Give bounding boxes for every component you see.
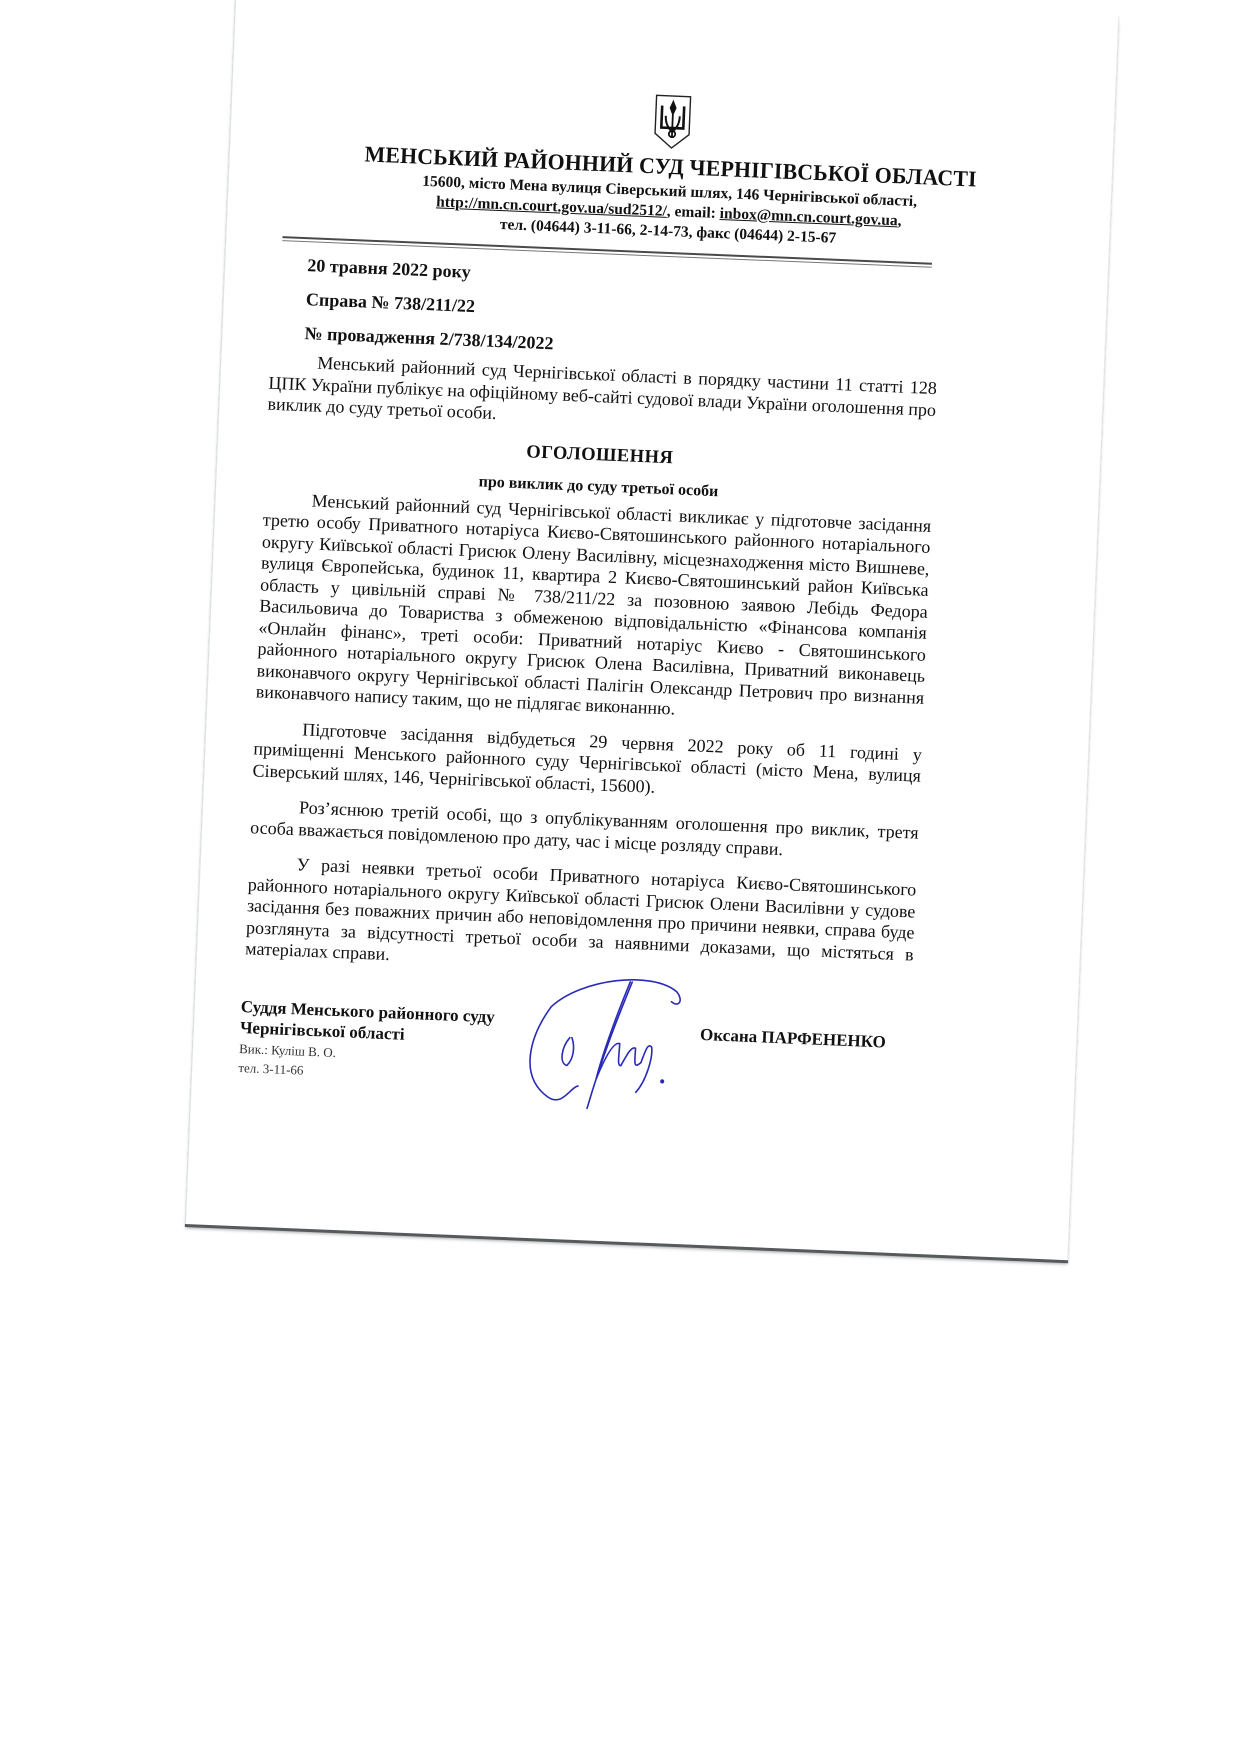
announcement-paragraph-hearing: Підготовче засідання відбудеться 29 черв… [252, 717, 922, 809]
announcement-paragraph-summons: Менський районний суд Чернігівської обла… [255, 488, 931, 730]
handwritten-signature-icon [507, 965, 693, 1122]
trident-coat-of-arms-icon [651, 93, 693, 151]
email-suffix: , [897, 212, 902, 229]
scanned-document-page: МЕНСЬКИЙ РАЙОННИЙ СУД ЧЕРНІГІВСЬКОЇ ОБЛА… [185, 0, 1119, 1260]
judge-title-block: Суддя Менського районного суду Чернігівс… [238, 996, 495, 1086]
announcement-paragraph-notice: Роз’яснюю третій особі, що з опублікуван… [250, 795, 919, 865]
judge-name: Оксана ПАРФЕНЕНКО [700, 1024, 887, 1052]
email-label: , email: [666, 203, 720, 222]
signature-block: Суддя Менського районного суду Чернігівс… [237, 996, 921, 1134]
document-content: МЕНСЬКИЙ РАЙОННИЙ СУД ЧЕРНІГІВСЬКОЇ ОБЛА… [267, 79, 1039, 1137]
